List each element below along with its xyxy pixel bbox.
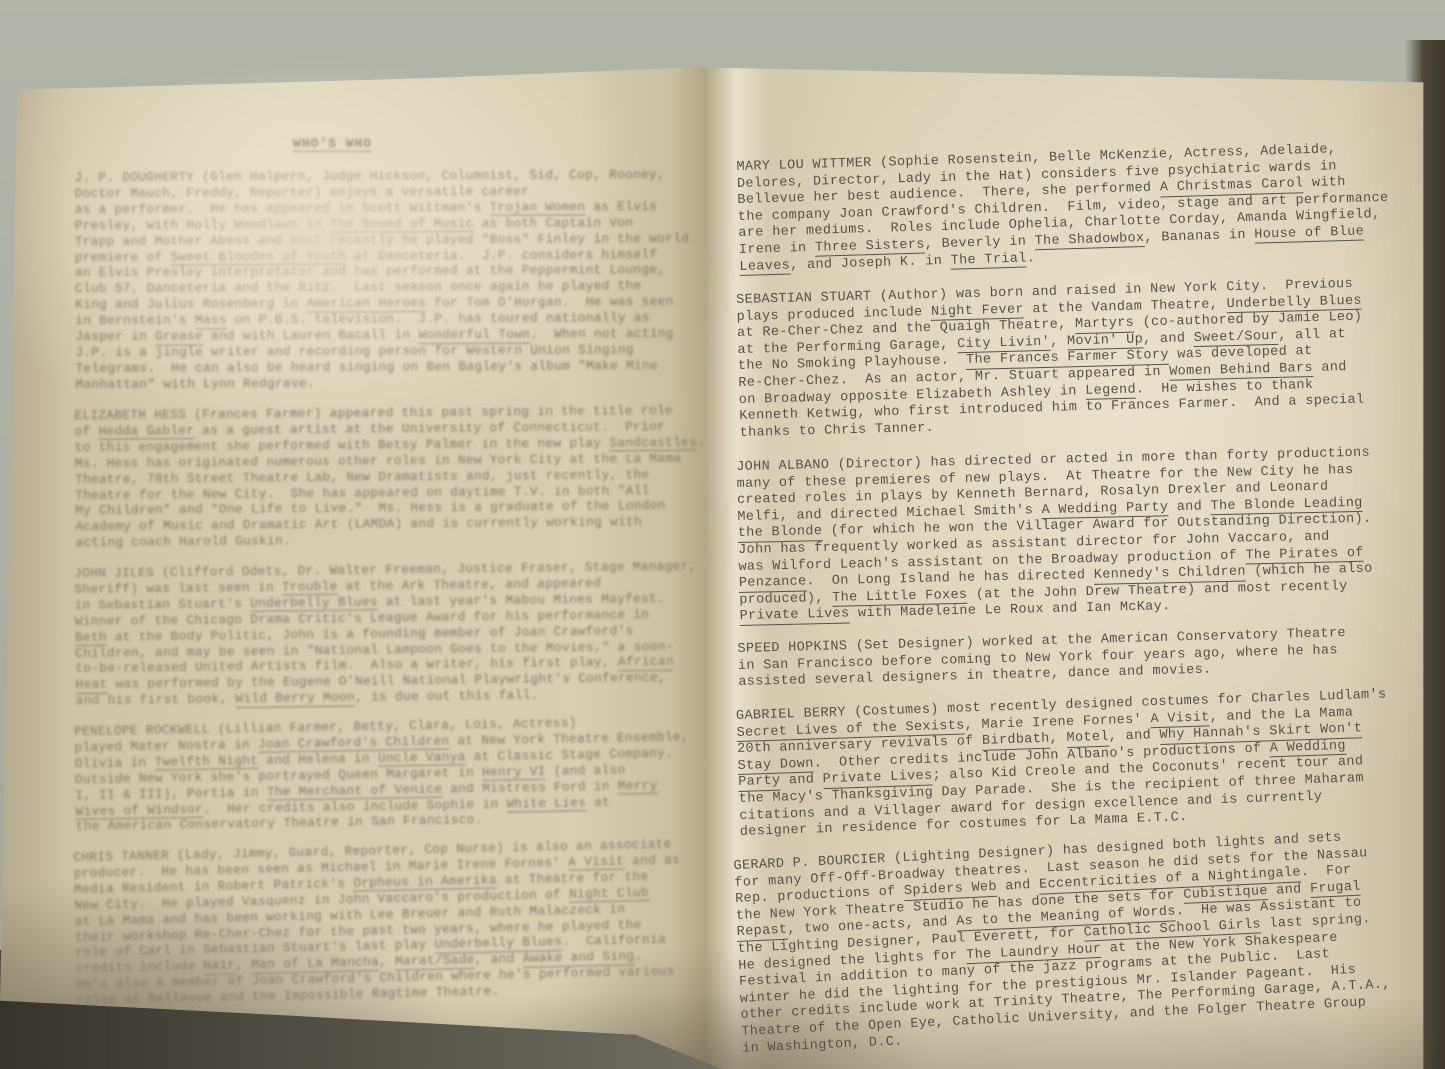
underlined-work-title: House of Blue [1254, 224, 1364, 244]
bio-paragraph: GERARD P. BOURCIER (Lighting Designer) h… [733, 826, 1442, 1058]
underlined-work-title: Motel [1066, 730, 1109, 748]
underlined-work-title: Hair [203, 958, 235, 975]
page-title: WHO'S WHO [75, 136, 590, 152]
underlined-work-title: Private Lives [740, 606, 850, 625]
underlined-work-title: Penzance [739, 574, 807, 592]
underlined-work-title: Beth [75, 629, 107, 646]
bio-paragraph: JOHN JILES (Clifford Odets, Dr. Walter F… [74, 558, 721, 709]
underlined-work-title: Martyrs [1075, 316, 1135, 334]
underlined-work-title: Trojan Women [490, 199, 586, 216]
bio-paragraph: GABRIEL BERRY (Costumes) most recently d… [736, 686, 1440, 842]
underlined-work-title: Sweet Bloodes of Youth [171, 248, 347, 265]
underlined-work-title: Sandcastles [609, 434, 697, 451]
underlined-work-title: Legend [1085, 382, 1136, 400]
typewritten-line: Telegrams. He can also be heard singing … [75, 357, 720, 376]
underlined-work-title: the Blonde [738, 524, 823, 542]
program-photo: WHO'S WHO J. P. DOUGHERTY (Glen Halpern,… [0, 0, 1445, 1069]
underlined-work-title: Wonderful Town [418, 327, 530, 344]
underlined-work-title: Trouble [282, 578, 338, 595]
bio-paragraph: ELIZABETH HESS (Frances Farmer) appeared… [74, 402, 720, 551]
bio-paragraph: PENELOPE ROCKWELL (Lillian Farmer, Betty… [74, 713, 721, 836]
typewritten-line: J. P. DOUGHERTY (Glen Halpern, Judge Hic… [74, 167, 719, 186]
underlined-work-title: The Pirates of [1245, 545, 1364, 564]
underlined-work-title: Henry VI [482, 763, 546, 781]
underlined-work-title: The Shadowbox [1034, 231, 1144, 251]
underlined-work-title: The Sound of Music [330, 216, 474, 233]
right-page: MARY LOU WITTMER (Sophie Rosenstein, Bel… [738, 160, 1438, 1069]
underlined-work-title: Leaves [739, 258, 790, 276]
bio-paragraph: JOHN ALBANO (Director) has directed or a… [736, 444, 1440, 626]
underlined-work-title: Heat [75, 677, 107, 694]
underlined-work-title: Mass [195, 312, 227, 329]
bio-paragraph: J. P. DOUGHERTY (Glen Halpern, Judge Hic… [74, 167, 720, 393]
underlined-work-title: Grease [155, 328, 203, 345]
underlined-work-title: Underbelly Blues [250, 594, 378, 612]
underlined-work-title: Movin' Up [1067, 332, 1143, 350]
underlined-work-title: Party [738, 774, 781, 792]
bio-paragraph: SEBASTIAN STUART (Author) was born and r… [736, 275, 1440, 443]
underlined-work-title: A Wedding Party [1041, 500, 1168, 519]
underlined-work-title: Hedda Gabler [98, 422, 194, 439]
bio-paragraph: CHRIS TANNER (Lady, Jimmy, Guard, Report… [73, 836, 721, 1010]
underlined-work-title: Merry [618, 777, 658, 794]
underlined-work-title: Wild Berry Moon [235, 690, 355, 708]
typewritten-line: Manhattan" with Lynn Redgrave. [75, 373, 720, 392]
underlined-work-title: American Heroes [306, 295, 426, 312]
underlined-work-title: African [618, 654, 674, 671]
left-page: WHO'S WHO J. P. DOUGHERTY (Glen Halpern,… [75, 136, 720, 1024]
bio-paragraph: SPEED HOPKINS (Set Designer) worked at t… [737, 624, 1438, 692]
bio-paragraph: MARY LOU WITTMER (Sophie Rosenstein, Bel… [736, 139, 1439, 276]
underlined-work-title: White Lies [506, 795, 586, 813]
underlined-work-title: The Trial [950, 251, 1027, 270]
